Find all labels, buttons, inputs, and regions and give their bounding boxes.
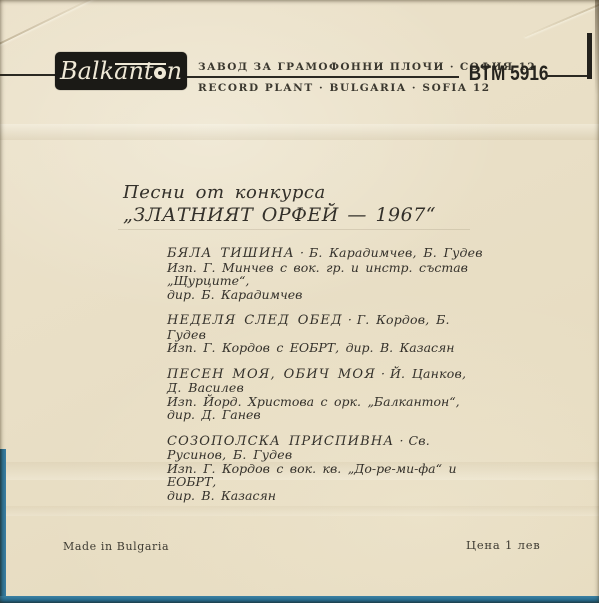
corner-crease (524, 0, 599, 37)
track-item: ПЕСЕН МОЯ, ОБИЧ МОЯ·Й. Цанков, Д. Василе… (167, 367, 487, 422)
catalog-right-rule (546, 75, 587, 77)
balkanton-logo: Balkantn (55, 52, 187, 90)
logo-prefix: Balk (60, 57, 114, 85)
header-divider-rule (187, 76, 459, 78)
track-title-line: БЯЛА ТИШИНА·Б. Карадимчев, Б. Гудев (167, 246, 487, 261)
scan-edge-shadow (595, 0, 599, 95)
track-separator: · (381, 366, 385, 381)
track-performers: Изп. Г. Кордов с вок. кв. „До-ре-ми-фа“ … (167, 462, 487, 489)
track-separator: · (399, 433, 403, 448)
logo-overlined-letters: ant (114, 57, 153, 85)
album-title-line2: „ЗЛАТНИЯТ ОРФЕЙ — 1967“ (123, 204, 436, 226)
price-label: Цена 1 лев (466, 538, 541, 552)
catalog-end-bar (587, 33, 592, 79)
track-performers: дир. В. Казасян (167, 489, 487, 503)
track-authors: Б. Карадимчев, Б. Гудев (309, 245, 483, 260)
track-title-line: СОЗОПОЛСКА ПРИСПИВНА·Св. Русинов, Б. Гуд… (167, 434, 487, 462)
logo-text: Balkantn (60, 59, 182, 83)
logo-overlined-group: ant (114, 59, 166, 83)
track-item: НЕДЕЛЯ СЛЕД ОБЕД·Г. Кордов, Б. Гудев Изп… (167, 313, 487, 355)
track-separator: · (348, 312, 352, 327)
track-item: БЯЛА ТИШИНА·Б. Карадимчев, Б. Гудев Изп.… (167, 246, 487, 301)
paper-crease-band (0, 124, 599, 140)
catalog-number: ВТМ 5916 (469, 62, 540, 86)
track-performers: Изп. Г. Кордов с ЕОБРТ, дир. В. Казасян (167, 341, 487, 355)
header-left-rule (0, 74, 55, 76)
corner-crease (0, 0, 100, 48)
plant-line-english: RECORD PLANT · BULGARIA · SOFIA 12 (198, 82, 491, 94)
track-performers: дир. Б. Карадимчев (167, 288, 487, 302)
logo-suffix: n (167, 57, 182, 85)
paper-crease-line (118, 229, 470, 230)
track-separator: · (300, 245, 304, 260)
album-title-line1: Песни от конкурса (123, 182, 436, 203)
sleeve-edge-left-teal (0, 449, 6, 603)
track-title-line: НЕДЕЛЯ СЛЕД ОБЕД·Г. Кордов, Б. Гудев (167, 313, 487, 341)
made-in-label: Made in Bulgaria (63, 540, 169, 553)
track-performers: Изп. Г. Минчев с вок. гр. и инстр. съста… (167, 261, 487, 288)
track-item: СОЗОПОЛСКА ПРИСПИВНА·Св. Русинов, Б. Гуд… (167, 434, 487, 503)
album-title: Песни от конкурса „ЗЛАТНИЯТ ОРФЕЙ — 1967… (123, 182, 436, 226)
record-icon-dot (158, 71, 162, 75)
track-title: БЯЛА ТИШИНА (167, 246, 295, 261)
track-title-line: ПЕСЕН МОЯ, ОБИЧ МОЯ·Й. Цанков, Д. Василе… (167, 367, 487, 395)
record-icon (154, 67, 166, 79)
track-list: БЯЛА ТИШИНА·Б. Карадимчев, Б. Гудев Изп.… (167, 246, 487, 514)
track-performers: Изп. Йорд. Христова с орк. „Балкантон“, … (167, 395, 487, 422)
sleeve-edge-bottom-teal (0, 596, 599, 603)
record-sleeve-back: Balkantn ЗАВОД ЗА ГРАМОФОННИ ПЛОЧИ · СОФ… (0, 0, 599, 603)
